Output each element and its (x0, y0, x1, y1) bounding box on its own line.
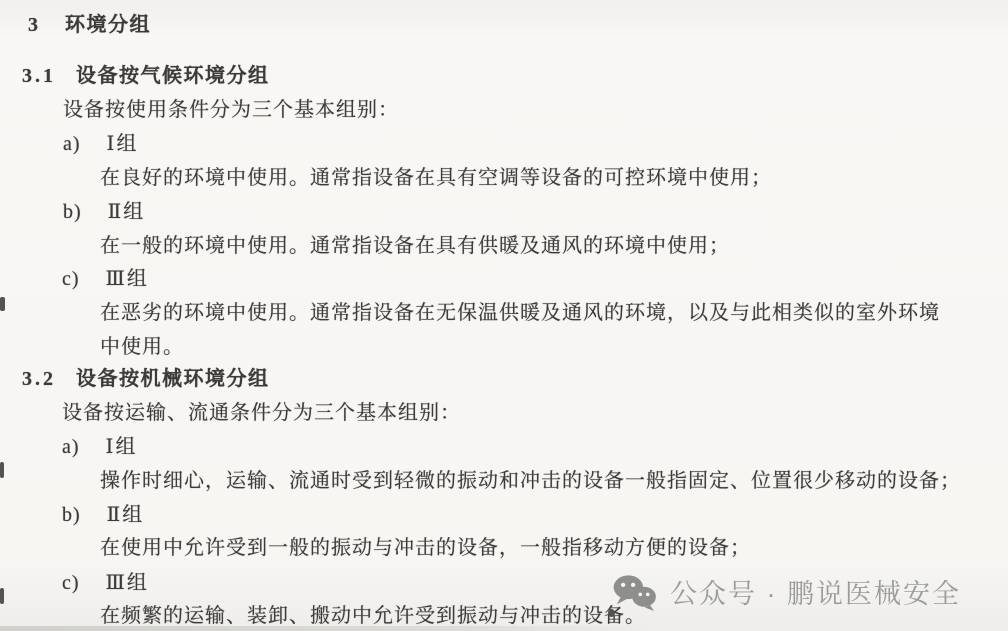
section-3-2-intro: 设备按运输、流通条件分为三个基本组别： (62, 396, 461, 425)
group-label: Ⅰ组 (106, 436, 138, 458)
scan-artifact (0, 297, 5, 311)
page-edge-shadow (0, 626, 648, 631)
item-marker: a) (62, 436, 80, 459)
item-3-2-b-label: b)Ⅱ组 (62, 498, 144, 527)
chapter-title: 环境分组 (65, 14, 151, 36)
watermark-text: 公众号 · 鹏说医械安全 (670, 572, 961, 611)
item-marker: c) (62, 572, 80, 595)
group-label: Ⅱ组 (108, 201, 146, 223)
item-3-1-b-label: b)Ⅱ组 (63, 195, 145, 224)
scan-artifact (0, 462, 4, 478)
section-3-2-number: 3.2 (22, 368, 56, 390)
scan-artifact (0, 588, 4, 604)
chapter-heading: 3环境分组 (28, 8, 151, 37)
section-3-2-heading: 3.2设备按机械环境分组 (22, 362, 270, 391)
section-3-2-title: 设备按机械环境分组 (76, 368, 270, 390)
item-3-2-c-desc: 在频繁的运输、装卸、搬动中允许受到振动与冲击的设备。 (100, 599, 646, 628)
item-3-2-b-desc: 在使用中允许受到一般的振动与冲击的设备，一般指移动方便的设备； (100, 531, 751, 560)
item-3-1-a-desc: 在良好的环境中使用。通常指设备在具有空调等设备的可控环境中使用； (100, 161, 772, 190)
item-3-1-c-desc: 在恶劣的环境中使用。通常指设备在无保温供暖及通风的环境，以及与此相类似的室外环境 (100, 296, 940, 325)
item-marker: b) (63, 201, 82, 224)
item-3-2-c-label: c)Ⅲ组 (62, 566, 149, 595)
wechat-icon (612, 573, 658, 611)
scanned-document-page: 3环境分组 3.1设备按气候环境分组 设备按使用条件分为三个基本组别： a)Ⅰ组… (0, 0, 1008, 631)
item-3-1-a-label: a)Ⅰ组 (63, 127, 138, 156)
item-marker: a) (63, 133, 81, 156)
scan-artifact (608, 609, 615, 617)
item-3-1-b-desc: 在一般的环境中使用。通常指设备在具有供暖及通风的环境中使用； (100, 229, 730, 258)
section-3-1-heading: 3.1设备按气候环境分组 (22, 59, 270, 88)
section-3-1-number: 3.1 (22, 65, 56, 87)
group-label: Ⅰ组 (107, 133, 139, 155)
group-label: Ⅱ组 (107, 504, 145, 526)
item-3-1-c-label: c)Ⅲ组 (62, 262, 149, 291)
watermark: 公众号 · 鹏说医械安全 (612, 572, 961, 611)
chapter-number: 3 (28, 14, 41, 36)
item-3-2-a-label: a)Ⅰ组 (62, 430, 137, 459)
group-label: Ⅲ组 (106, 572, 149, 594)
item-3-2-a-desc: 操作时细心，运输、流通时受到轻微的振动和冲击的设备一般指固定、位置很少移动的设备… (100, 464, 961, 493)
item-marker: b) (62, 504, 81, 527)
group-label: Ⅲ组 (106, 268, 149, 290)
item-marker: c) (62, 268, 80, 291)
item-3-1-c-desc-cont: 中使用。 (100, 330, 184, 359)
section-3-1-title: 设备按气候环境分组 (76, 65, 270, 87)
section-3-1-intro: 设备按使用条件分为三个基本组别： (63, 93, 399, 122)
